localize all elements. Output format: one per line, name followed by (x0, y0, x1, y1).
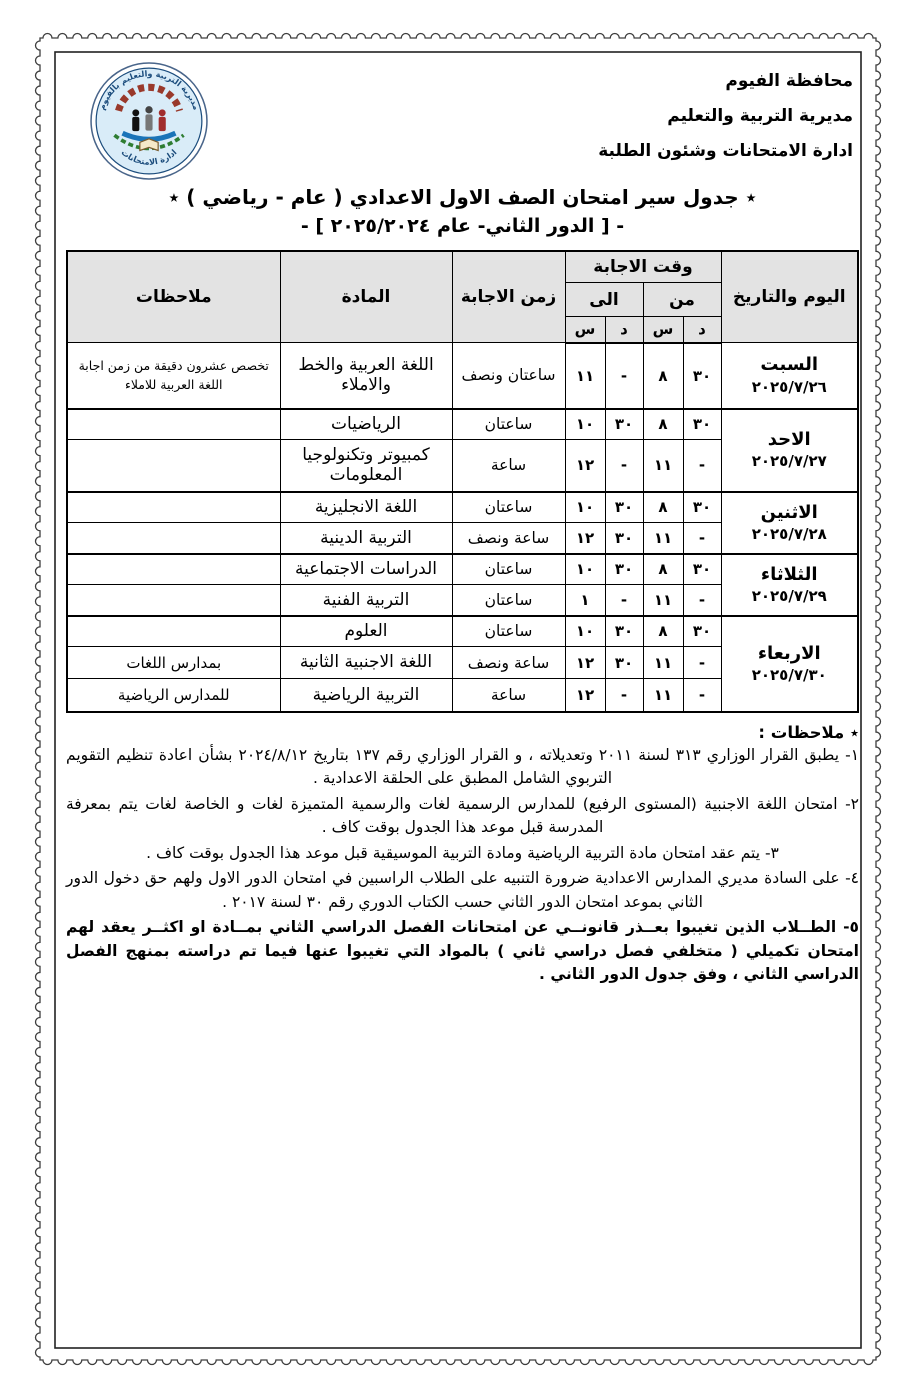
col-header-answer-time: وقت الاجابة (565, 251, 721, 283)
day-name: الاربعاء (725, 642, 855, 666)
cell-from-minutes: - (683, 523, 721, 554)
cell-to-hours: ١٠ (565, 616, 605, 647)
cell-subject: كمبيوتر وتكنولوجيا المعلومات (280, 440, 452, 492)
cell-duration: ساعتان (452, 492, 565, 523)
day-date: ٢٠٢٥/٧/٢٨ (725, 525, 855, 545)
schedule-title: ٭ جدول سير امتحان الصف الاول الاعدادي ( … (66, 185, 859, 209)
cell-from-hours: ١١ (643, 585, 683, 616)
cell-subject: اللغة العربية والخط والاملاء (280, 343, 452, 409)
seal-figures-icon (132, 106, 166, 131)
cell-note (67, 585, 280, 616)
cell-subject: العلوم (280, 616, 452, 647)
cell-to-hours: ١٢ (565, 647, 605, 679)
cell-from-minutes: ٣٠ (683, 409, 721, 440)
cell-to-hours: ١٢ (565, 523, 605, 554)
cell-subject: التربية الدينية (280, 523, 452, 554)
schedule-subtitle: - [ الدور الثاني- عام ٢٠٢٥/٢٠٢٤ ] - (66, 215, 859, 237)
col-header-from-hours: س (643, 317, 683, 343)
document-page: مديرية التربية والتعليم بالفيوم ادارة ال… (0, 0, 915, 1400)
cell-duration: ساعة (452, 679, 565, 712)
day-name: الاثنين (725, 501, 855, 525)
footnote-5: ٥- الطــلاب الذين تغيبوا بعــذر قانونــي… (66, 916, 859, 987)
cell-subject: اللغة الانجليزية (280, 492, 452, 523)
cell-from-hours: ١١ (643, 679, 683, 712)
table-row: الثلاثاء ٢٠٢٥/٧/٢٩ ٣٠ ٨ ٣٠ ١٠ ساعتان الد… (67, 554, 858, 585)
cell-day: السبت ٢٠٢٥/٧/٢٦ (721, 343, 858, 409)
cell-from-minutes: - (683, 679, 721, 712)
cell-to-minutes: - (605, 343, 643, 409)
footnote-3: ٣- يتم عقد امتحان مادة التربية الرياضية … (66, 842, 859, 866)
cell-from-minutes: - (683, 585, 721, 616)
cell-day: الثلاثاء ٢٠٢٥/٧/٢٩ (721, 554, 858, 616)
cell-note: بمدارس اللغات (67, 647, 280, 679)
cell-duration: ساعتان (452, 554, 565, 585)
document-content: مديرية التربية والتعليم بالفيوم ادارة ال… (66, 58, 859, 989)
seal-icon: مديرية التربية والتعليم بالفيوم ادارة ال… (88, 60, 210, 182)
cell-duration: ساعتان (452, 616, 565, 647)
col-header-day: اليوم والتاريخ (721, 251, 858, 343)
cell-to-minutes: - (605, 679, 643, 712)
cell-duration: ساعة ونصف (452, 647, 565, 679)
cell-to-minutes: - (605, 585, 643, 616)
cell-from-hours: ١١ (643, 647, 683, 679)
cell-to-minutes: ٣٠ (605, 492, 643, 523)
footnote-1: ١- يطبق القرار الوزاري ٣١٣ لسنة ٢٠١١ وتع… (66, 744, 859, 791)
col-header-from-minutes: د (683, 317, 721, 343)
col-header-duration: زمن الاجابة (452, 251, 565, 343)
education-directorate-seal: مديرية التربية والتعليم بالفيوم ادارة ال… (88, 60, 210, 182)
cell-note: للمدارس الرياضية (67, 679, 280, 712)
day-name: الثلاثاء (725, 563, 855, 587)
day-name: السبت (725, 353, 855, 377)
cell-subject: التربية الفنية (280, 585, 452, 616)
cell-to-hours: ١٢ (565, 440, 605, 492)
cell-note (67, 409, 280, 440)
cell-duration: ساعتان ونصف (452, 343, 565, 409)
cell-from-hours: ٨ (643, 616, 683, 647)
footnote-2: ٢- امتحان اللغة الاجنبية (المستوى الرفيع… (66, 793, 859, 840)
cell-to-hours: ١٢ (565, 679, 605, 712)
cell-from-minutes: - (683, 647, 721, 679)
cell-day: الاحد ٢٠٢٥/٧/٢٧ (721, 409, 858, 492)
cell-from-minutes: ٣٠ (683, 343, 721, 409)
col-header-to-hours: س (565, 317, 605, 343)
cell-from-hours: ١١ (643, 440, 683, 492)
cell-to-minutes: - (605, 440, 643, 492)
day-date: ٢٠٢٥/٧/٣٠ (725, 666, 855, 686)
col-header-to: الى (565, 283, 643, 317)
day-date: ٢٠٢٥/٧/٢٩ (725, 587, 855, 607)
cell-note (67, 616, 280, 647)
table-row: الاثنين ٢٠٢٥/٧/٢٨ ٣٠ ٨ ٣٠ ١٠ ساعتان اللغ… (67, 492, 858, 523)
cell-note (67, 554, 280, 585)
cell-duration: ساعتان (452, 409, 565, 440)
cell-subject: الرياضيات (280, 409, 452, 440)
footnote-4: ٤- على السادة مديري المدارس الاعدادية ضر… (66, 867, 859, 914)
cell-subject: التربية الرياضية (280, 679, 452, 712)
cell-duration: ساعة ونصف (452, 523, 565, 554)
footnotes-section: ٭ ملاحظات : ١- يطبق القرار الوزاري ٣١٣ ل… (66, 723, 859, 987)
cell-subject: اللغة الاجنبية الثانية (280, 647, 452, 679)
day-name: الاحد (725, 428, 855, 452)
cell-note (67, 523, 280, 554)
table-row: السبت ٢٠٢٥/٧/٢٦ ٣٠ ٨ - ١١ ساعتان ونصف ال… (67, 343, 858, 409)
table-row: الاربعاء ٢٠٢٥/٧/٣٠ ٣٠ ٨ ٣٠ ١٠ ساعتان الع… (67, 616, 858, 647)
cell-note (67, 440, 280, 492)
cell-from-minutes: - (683, 440, 721, 492)
exam-schedule-table: اليوم والتاريخ وقت الاجابة زمن الاجابة ا… (66, 250, 859, 713)
col-header-to-minutes: د (605, 317, 643, 343)
cell-to-minutes: ٣٠ (605, 523, 643, 554)
cell-from-hours: ٨ (643, 409, 683, 440)
footnotes-heading: ٭ ملاحظات : (66, 723, 859, 742)
cell-note: تخصص عشرون دقيقة من زمن اجابة اللغة العر… (67, 343, 280, 409)
cell-to-hours: ١٠ (565, 492, 605, 523)
cell-to-hours: ١٠ (565, 554, 605, 585)
cell-to-minutes: ٣٠ (605, 647, 643, 679)
table-row: الاحد ٢٠٢٥/٧/٢٧ ٣٠ ٨ ٣٠ ١٠ ساعتان الرياض… (67, 409, 858, 440)
cell-from-minutes: ٣٠ (683, 492, 721, 523)
cell-duration: ساعتان (452, 585, 565, 616)
cell-to-hours: ١٠ (565, 409, 605, 440)
cell-day: الاربعاء ٢٠٢٥/٧/٣٠ (721, 616, 858, 712)
day-date: ٢٠٢٥/٧/٢٦ (725, 378, 855, 398)
cell-from-minutes: ٣٠ (683, 554, 721, 585)
cell-from-minutes: ٣٠ (683, 616, 721, 647)
cell-subject: الدراسات الاجتماعية (280, 554, 452, 585)
cell-from-hours: ٨ (643, 492, 683, 523)
cell-from-hours: ٨ (643, 554, 683, 585)
cell-from-hours: ٨ (643, 343, 683, 409)
cell-to-minutes: ٣٠ (605, 616, 643, 647)
cell-to-minutes: ٣٠ (605, 409, 643, 440)
col-header-notes: ملاحظات (67, 251, 280, 343)
cell-to-hours: ١ (565, 585, 605, 616)
cell-duration: ساعة (452, 440, 565, 492)
col-header-subject: المادة (280, 251, 452, 343)
cell-from-hours: ١١ (643, 523, 683, 554)
day-date: ٢٠٢٥/٧/٢٧ (725, 452, 855, 472)
cell-to-hours: ١١ (565, 343, 605, 409)
cell-day: الاثنين ٢٠٢٥/٧/٢٨ (721, 492, 858, 554)
cell-note (67, 492, 280, 523)
cell-to-minutes: ٣٠ (605, 554, 643, 585)
col-header-from: من (643, 283, 721, 317)
